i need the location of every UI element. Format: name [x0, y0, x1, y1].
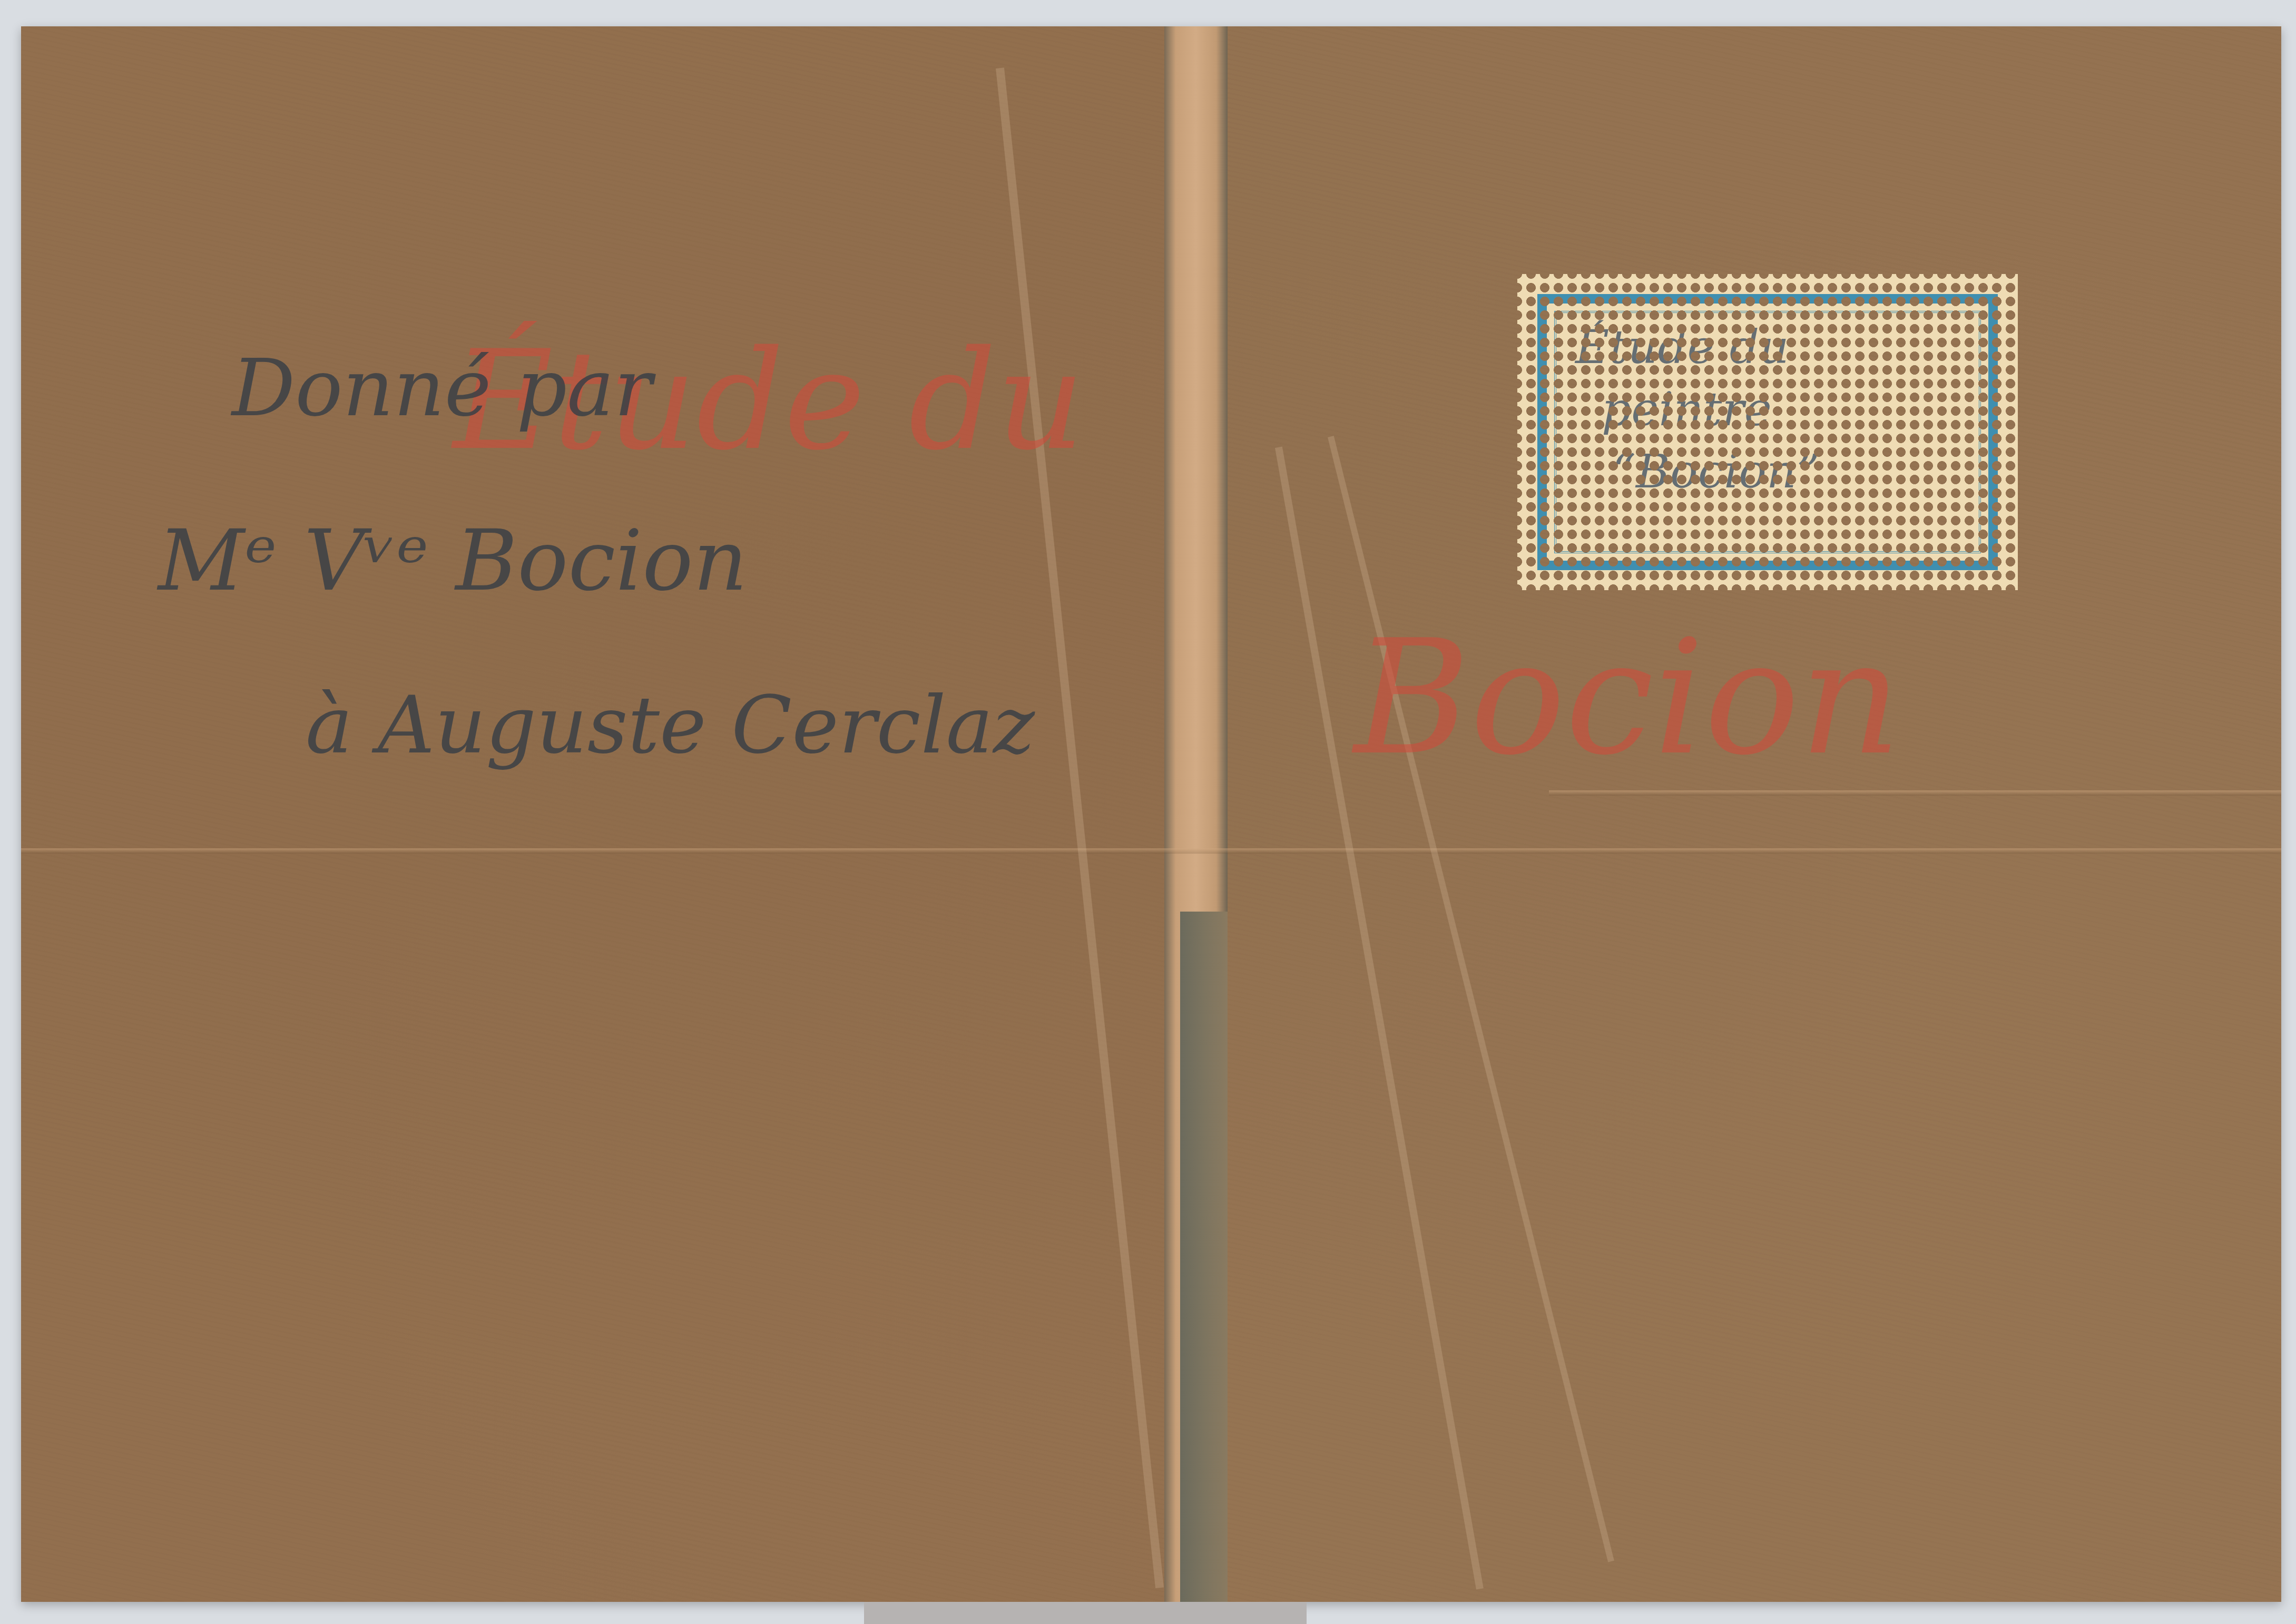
label-text: Étude du peintre “Bocion” [1575, 316, 1976, 503]
cardboard-panel: Étude du Bocion Donné par Mᵉ Vᵛᵉ Bocion … [21, 26, 2281, 1602]
label-line: peintre [1575, 378, 1976, 441]
horizontal-crease [21, 848, 2281, 854]
left-board-half [21, 26, 1164, 1602]
right-board-half [1228, 26, 2281, 1602]
red-crayon-inscription: Bocion [1354, 606, 1901, 790]
pencil-inscription-line: à Auguste Cerclaz [306, 680, 1035, 771]
label-line: “Bocion” [1575, 441, 1976, 503]
pencil-inscription-line: Mᵉ Vᵛᵉ Bocion [158, 511, 748, 610]
horizontal-crease-right [1549, 790, 2281, 796]
label-line: Étude du [1575, 316, 1976, 378]
seam-grey-strip [1180, 912, 1228, 1602]
pencil-inscription-line: Donné par [232, 343, 652, 434]
stamp-label: Étude du peintre “Bocion” [1517, 274, 2018, 590]
mount-clip [864, 1602, 1307, 1624]
